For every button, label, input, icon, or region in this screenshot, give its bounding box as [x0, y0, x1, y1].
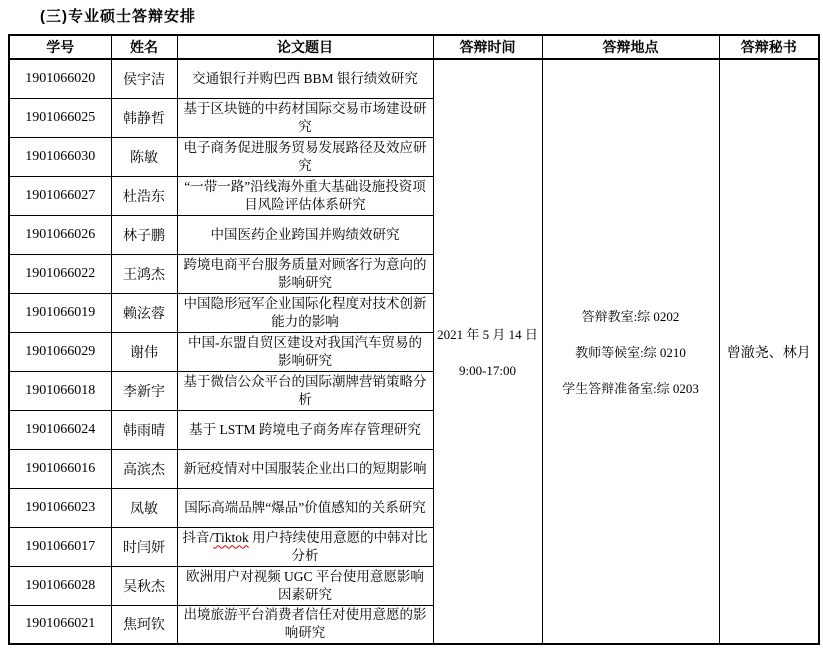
student-id: 1901066023 [9, 488, 111, 527]
student-name: 陈敏 [111, 137, 177, 176]
col-header-thesis-title: 论文题目 [177, 35, 433, 59]
student-name: 侯宇洁 [111, 59, 177, 98]
table-row: 1901066020 侯宇洁 交通银行并购巴西 BBM 银行绩效研究 2021 … [9, 59, 819, 98]
student-id: 1901066021 [9, 605, 111, 644]
thesis-title: 电子商务促进服务贸易发展路径及效应研究 [177, 137, 433, 176]
student-id: 1901066017 [9, 527, 111, 566]
col-header-name: 姓名 [111, 35, 177, 59]
spellcheck-marked-word: Tiktok [213, 530, 249, 545]
student-id: 1901066019 [9, 293, 111, 332]
col-header-student-id: 学号 [9, 35, 111, 59]
student-id: 1901066024 [9, 410, 111, 449]
student-name: 焦珂钦 [111, 605, 177, 644]
thesis-title: 新冠疫情对中国服装企业出口的短期影响 [177, 449, 433, 488]
defense-secretary-cell: 曾澈尧、林月 [719, 59, 819, 644]
student-id: 1901066016 [9, 449, 111, 488]
student-name: 李新宇 [111, 371, 177, 410]
student-id: 1901066022 [9, 254, 111, 293]
col-header-defense-time: 答辩时间 [433, 35, 542, 59]
thesis-title-text: 抖音/ [182, 530, 213, 545]
thesis-title: 跨境电商平台服务质量对顾客行为意向的影响研究 [177, 254, 433, 293]
thesis-title: 中国隐形冠军企业国际化程度对技术创新能力的影响 [177, 293, 433, 332]
student-name: 赖泫蓉 [111, 293, 177, 332]
student-id: 1901066025 [9, 98, 111, 137]
defense-hours: 9:00-17:00 [434, 363, 542, 379]
student-name: 谢伟 [111, 332, 177, 371]
student-name: 韩雨晴 [111, 410, 177, 449]
teacher-waiting-room: 教师等候室:综 0210 [543, 342, 719, 361]
student-name: 韩静哲 [111, 98, 177, 137]
thesis-title: 出境旅游平台消费者信任对使用意愿的影响研究 [177, 605, 433, 644]
thesis-title: 欧洲用户对视频 UGC 平台使用意愿影响因素研究 [177, 566, 433, 605]
thesis-title: 国际高端品牌“爆品”价值感知的关系研究 [177, 488, 433, 527]
thesis-title: “一带一路”沿线海外重大基础设施投资项目风险评估体系研究 [177, 176, 433, 215]
defense-location-cell: 答辩教室:综 0202 教师等候室:综 0210 学生答辩准备室:综 0203 [542, 59, 719, 644]
defense-room: 答辩教室:综 0202 [543, 306, 719, 325]
defense-time-cell: 2021 年 5 月 14 日 9:00-17:00 [433, 59, 542, 644]
header-row: 学号 姓名 论文题目 答辩时间 答辩地点 答辩秘书 [9, 35, 819, 59]
student-id: 1901066018 [9, 371, 111, 410]
student-name: 吴秋杰 [111, 566, 177, 605]
student-name: 杜浩东 [111, 176, 177, 215]
student-id: 1901066030 [9, 137, 111, 176]
student-name: 林子鹏 [111, 215, 177, 254]
defense-date: 2021 年 5 月 14 日 [434, 324, 542, 343]
col-header-defense-secretary: 答辩秘书 [719, 35, 819, 59]
thesis-title: 中国-东盟自贸区建设对我国汽车贸易的影响研究 [177, 332, 433, 371]
student-name: 凤敏 [111, 488, 177, 527]
thesis-title: 基于微信公众平台的国际潮牌营销策略分析 [177, 371, 433, 410]
col-header-defense-location: 答辩地点 [542, 35, 719, 59]
student-id: 1901066020 [9, 59, 111, 98]
student-id: 1901066029 [9, 332, 111, 371]
defense-schedule-table: 学号 姓名 论文题目 答辩时间 答辩地点 答辩秘书 1901066020 侯宇洁… [8, 34, 820, 645]
thesis-title: 基于区块链的中药材国际交易市场建设研究 [177, 98, 433, 137]
student-id: 1901066026 [9, 215, 111, 254]
thesis-title: 交通银行并购巴西 BBM 银行绩效研究 [177, 59, 433, 98]
section-title: (三)专业硕士答辩安排 [40, 5, 196, 26]
student-id: 1901066027 [9, 176, 111, 215]
student-name: 王鸿杰 [111, 254, 177, 293]
student-name: 高滨杰 [111, 449, 177, 488]
thesis-title: 基于 LSTM 跨境电子商务库存管理研究 [177, 410, 433, 449]
student-name: 时闫妍 [111, 527, 177, 566]
thesis-title: 抖音/Tiktok 用户持续使用意愿的中韩对比分析 [177, 527, 433, 566]
thesis-title: 中国医药企业跨国并购绩效研究 [177, 215, 433, 254]
student-prep-room: 学生答辩准备室:综 0203 [543, 378, 719, 397]
student-id: 1901066028 [9, 566, 111, 605]
thesis-title-text: 用户持续使用意愿的中韩对比分析 [249, 530, 428, 563]
